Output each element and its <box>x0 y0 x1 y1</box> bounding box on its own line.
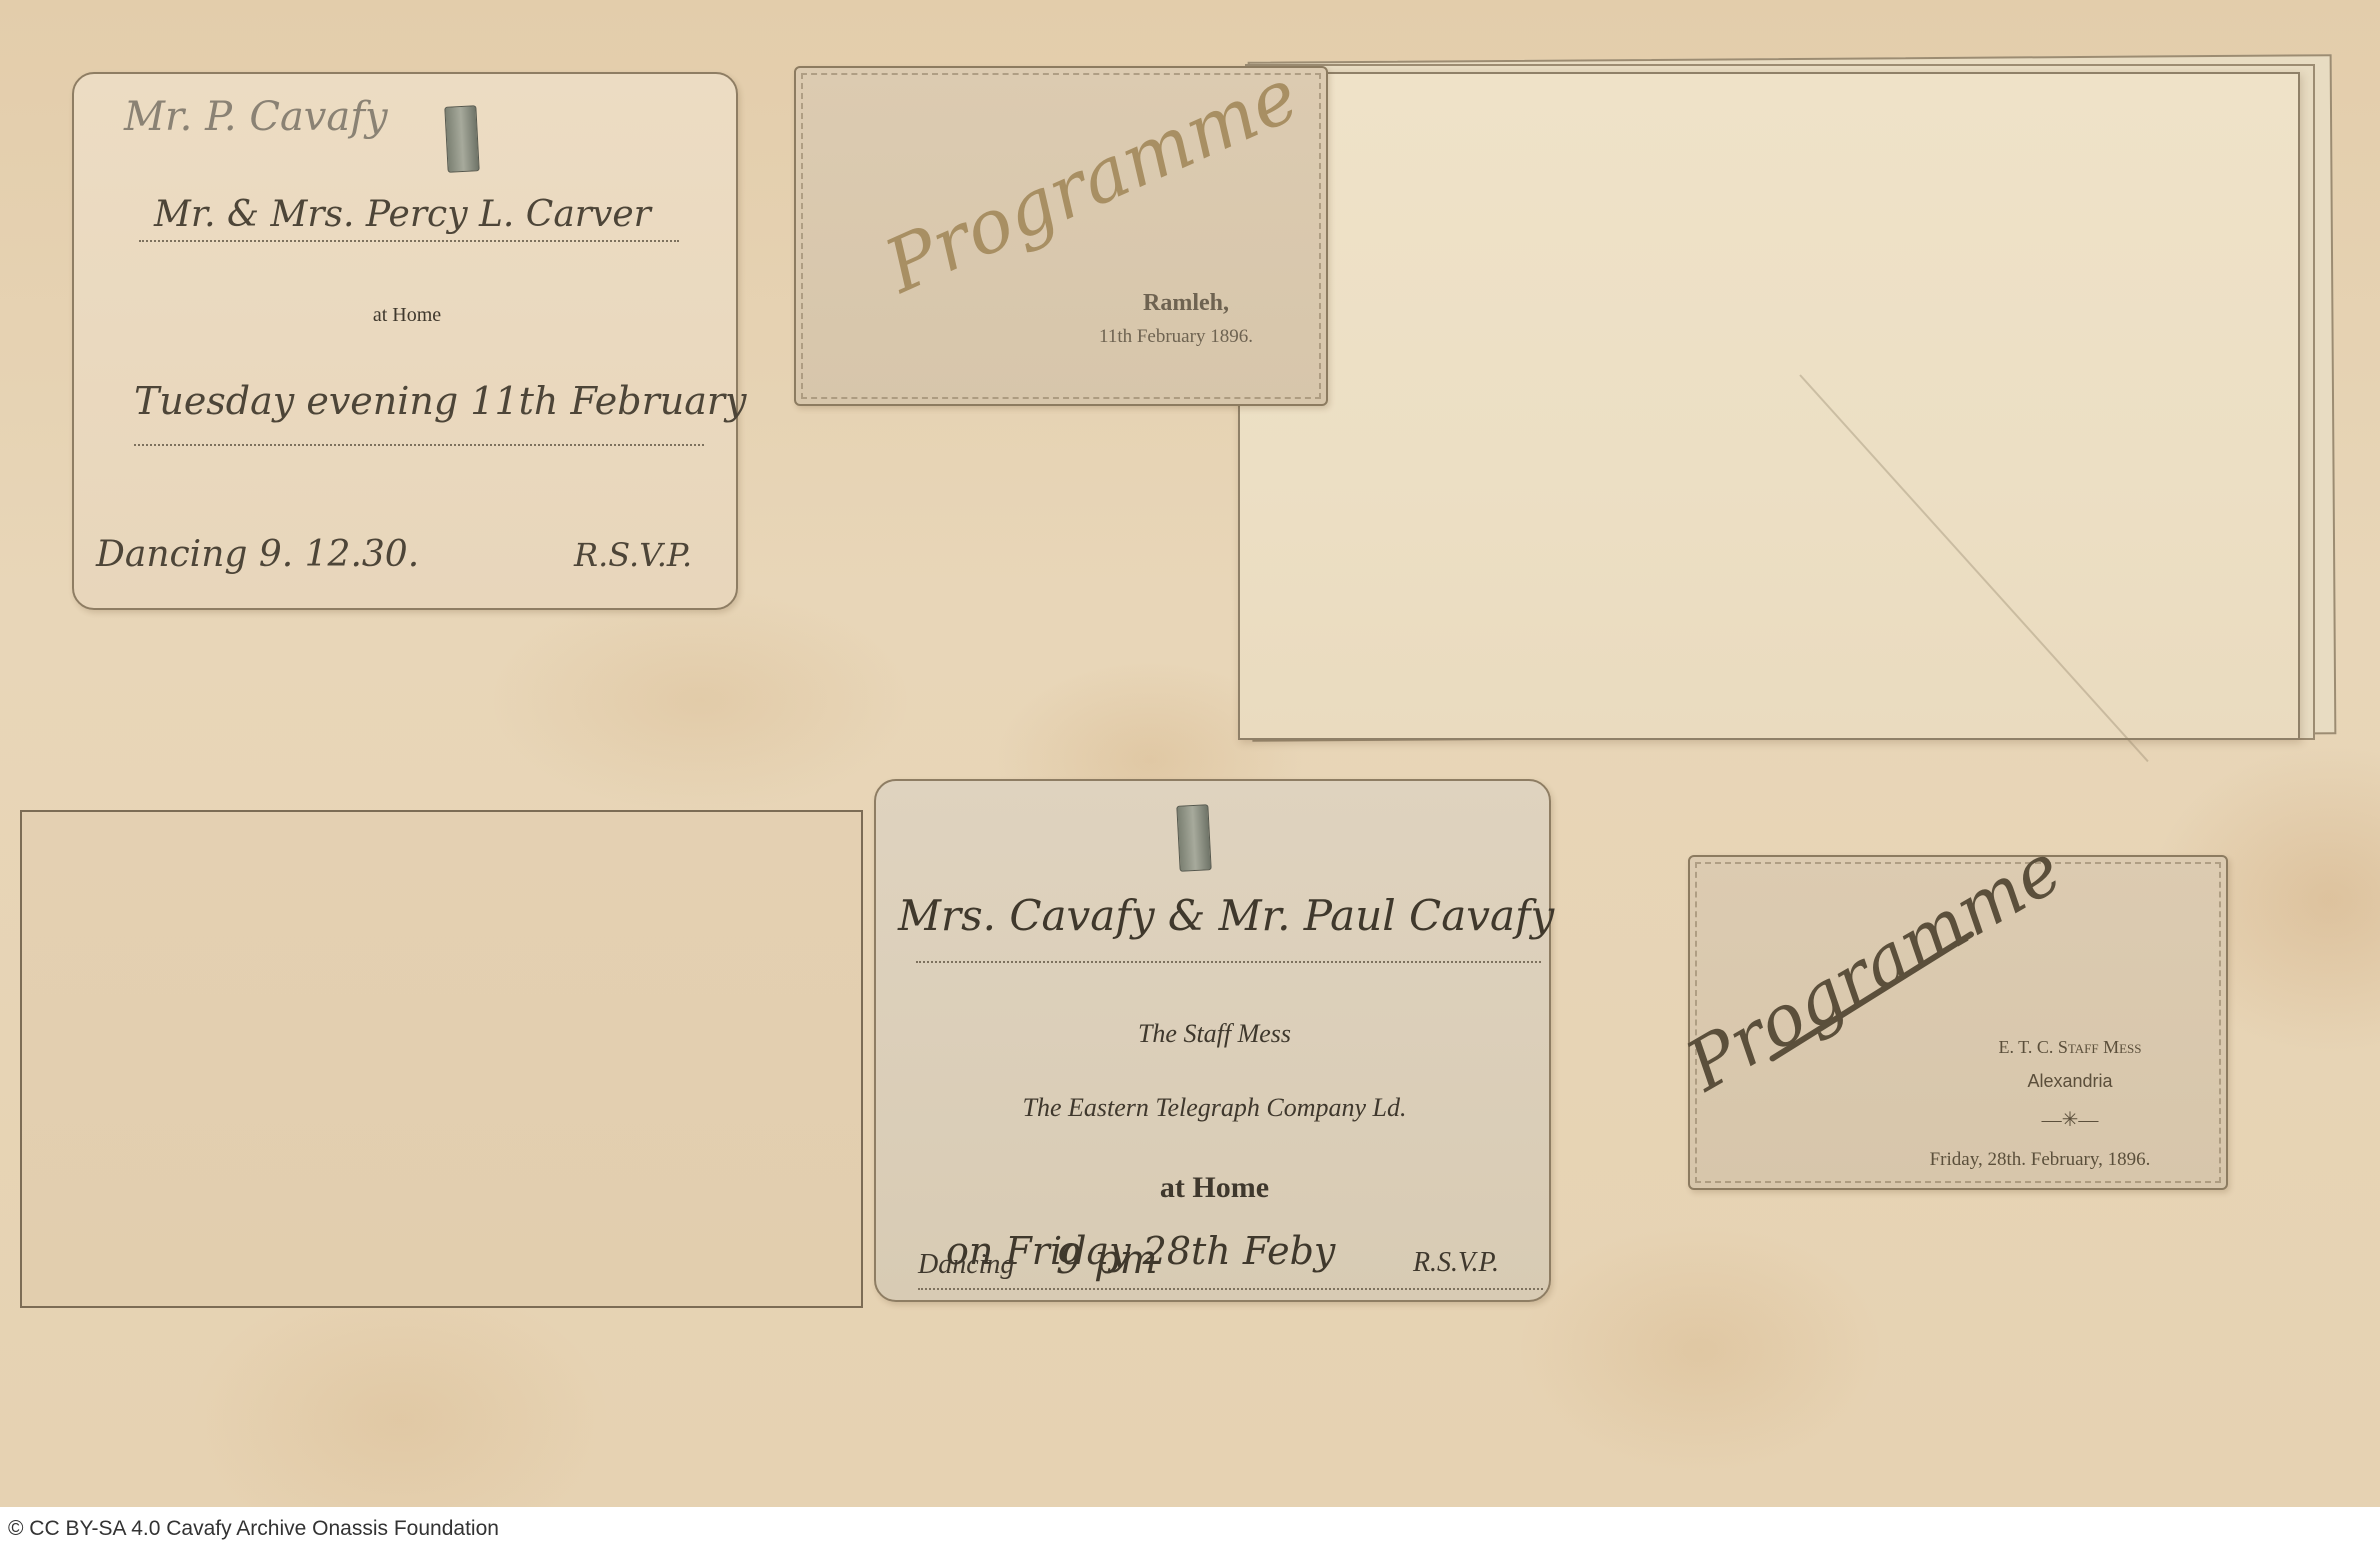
programme-place: Alexandria <box>1990 1071 2150 1092</box>
date-handwritten: Tuesday evening 11th February <box>134 379 747 423</box>
envelope <box>1238 72 2300 740</box>
rsvp-text: R.S.V.P. <box>1376 1247 1536 1279</box>
at-home-card-carver: Mr. P. Cavafy Mr. & Mrs. Percy L. Carver… <box>72 72 738 610</box>
host-line-2: The Eastern Telegraph Company Ld. <box>876 1093 1553 1123</box>
dancing-handwritten: Dancing 9. 12.30. <box>96 534 419 575</box>
footer: © CC BY-SA 4.0 Cavafy Archive Onassis Fo… <box>0 1507 2380 1549</box>
programme-date: 11th February 1896. <box>1046 326 1306 348</box>
at-home-label: at Home <box>74 304 740 327</box>
programme-title: Programme <box>873 52 1311 310</box>
dotted-line <box>134 444 704 446</box>
album-page: Mr. P. Cavafy Mr. & Mrs. Percy L. Carver… <box>0 0 2380 1507</box>
dotted-line <box>916 961 1541 963</box>
programme-card-alexandria: Programme E. T. C. Staff Mess Alexandria… <box>1688 855 2228 1190</box>
metal-clip-icon <box>444 105 479 173</box>
at-home-card-staff-mess: Mrs. Cavafy & Mr. Paul Cavafy The Staff … <box>874 779 1551 1302</box>
rsvp-text: R.S.V.P. <box>574 536 692 574</box>
host-line-1: The Staff Mess <box>876 1019 1553 1049</box>
ornament-star-icon: —✳— <box>2010 1107 2130 1132</box>
copyright-credit: © CC BY-SA 4.0 Cavafy Archive Onassis Fo… <box>8 1517 499 1541</box>
programme-title: Programme <box>1673 828 2075 1107</box>
programme-date: Friday, 28th. February, 1896. <box>1880 1149 2200 1171</box>
addressee-handwritten: Mrs. Cavafy & Mr. Paul Cavafy <box>898 891 1554 940</box>
addressee-handwritten: Mr. P. Cavafy <box>124 94 388 140</box>
programme-card-ramleh: Programme Ramleh, 11th February 1896. <box>794 66 1328 406</box>
programme-organisation: E. T. C. Staff Mess <box>1940 1037 2200 1058</box>
dancing-time-handwritten: 9 pm <box>1056 1237 1158 1283</box>
envelope-fold-line <box>1799 374 2148 762</box>
at-home-label: at Home <box>876 1171 1553 1205</box>
dancing-label: Dancing <box>918 1249 1014 1281</box>
dotted-line <box>918 1288 1543 1290</box>
hosts-handwritten: Mr. & Mrs. Percy L. Carver <box>154 194 651 235</box>
blank-card-back <box>20 810 863 1308</box>
programme-place: Ramleh, <box>1086 290 1286 317</box>
dotted-line <box>139 240 679 242</box>
metal-clip-icon <box>1176 804 1211 872</box>
